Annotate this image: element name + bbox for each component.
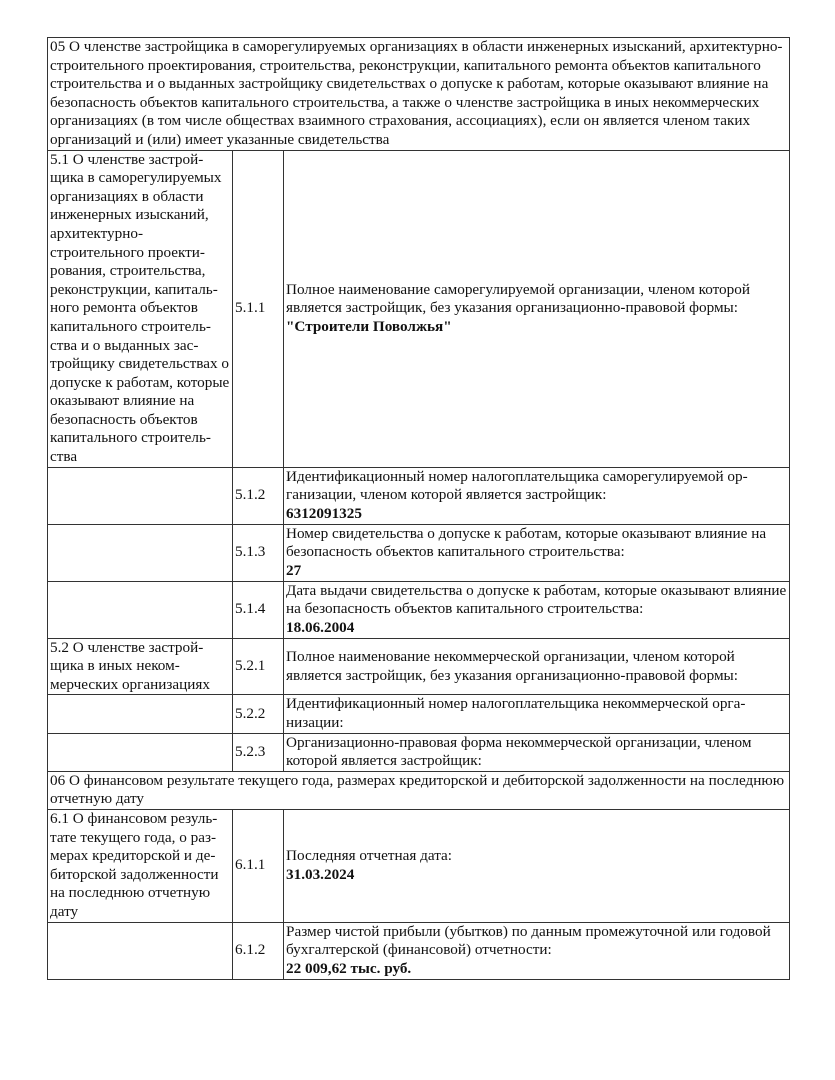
table-row: 5.1 О членстве застрой­щика в саморегули… xyxy=(48,150,790,467)
item-value: 27 xyxy=(286,562,787,581)
section-06-title: 06 О финансовом результате текущего года… xyxy=(48,771,790,809)
table-row: 5.2.3 Организационно-правовая форма неко… xyxy=(48,733,790,771)
item-description: Организационно-правовая форма некоммерче… xyxy=(284,733,790,771)
item-value: 31.03.2024 xyxy=(286,866,787,885)
empty-cell xyxy=(48,581,233,638)
item-description: Идентификационный номер налогоплательщик… xyxy=(284,467,790,524)
item-number: 6.1.2 xyxy=(233,922,284,979)
item-description: Размер чистой прибыли (убытков) по данны… xyxy=(284,922,790,979)
item-description: Номер свидетельства о допуске к работам,… xyxy=(284,524,790,581)
subsection-5-1-label: 5.1 О членстве застрой­щика в саморегули… xyxy=(48,150,233,467)
item-number: 5.2.3 xyxy=(233,733,284,771)
empty-cell xyxy=(48,524,233,581)
table-row: 6.1.2 Размер чистой прибыли (убытков) по… xyxy=(48,922,790,979)
item-description: Дата выдачи свидетельства о допуске к ра… xyxy=(284,581,790,638)
item-text: Идентификационный номер налогоплательщик… xyxy=(286,468,748,504)
disclosure-table: 05 О членстве застрой­щика в саморегулир… xyxy=(47,37,790,980)
empty-cell xyxy=(48,695,233,733)
empty-cell xyxy=(48,922,233,979)
item-value: "Строители Поволжья" xyxy=(286,318,787,337)
subsection-6-1-label: 6.1 О финансовом резуль­тате текущего го… xyxy=(48,810,233,923)
table-row: 5.2.2 Идентификационный номер налогоплат… xyxy=(48,695,790,733)
table-row: 6.1 О финансовом резуль­тате текущего го… xyxy=(48,810,790,923)
section-06-header: 06 О финансовом результате текущего года… xyxy=(48,771,790,809)
section-05-header: 05 О членстве застрой­щика в саморегулир… xyxy=(48,38,790,151)
item-number: 6.1.1 xyxy=(233,810,284,923)
section-05-title: 05 О членстве застрой­щика в саморегулир… xyxy=(48,38,790,151)
item-text: Последняя отчетная дата: xyxy=(286,847,452,864)
item-number: 5.2.2 xyxy=(233,695,284,733)
item-number: 5.1.3 xyxy=(233,524,284,581)
item-description: Идентификационный номер налогоплательщик… xyxy=(284,695,790,733)
item-text: Дата выдачи свидетельства о допуске к ра… xyxy=(286,582,786,618)
table-row: 5.1.2 Идентификационный номер налогоплат… xyxy=(48,467,790,524)
item-value: 18.06.2004 xyxy=(286,619,787,638)
subsection-5-2-label: 5.2 О членстве застрой­щика в иных неком… xyxy=(48,638,233,695)
item-description: Полное наименование некоммерческой орган… xyxy=(284,638,790,695)
item-value: 22 009,62 тыс. руб. xyxy=(286,960,787,979)
item-description: Полное наименование саморегулируемой орг… xyxy=(284,150,790,467)
empty-cell xyxy=(48,467,233,524)
item-number: 5.1.4 xyxy=(233,581,284,638)
item-description: Последняя отчетная дата: 31.03.2024 xyxy=(284,810,790,923)
item-number: 5.1.1 xyxy=(233,150,284,467)
empty-cell xyxy=(48,733,233,771)
item-text: Размер чистой прибыли (убытков) по данны… xyxy=(286,923,771,959)
item-value: 6312091325 xyxy=(286,505,787,524)
item-text: Номер свидетельства о допуске к работам,… xyxy=(286,525,766,561)
item-number: 5.2.1 xyxy=(233,638,284,695)
table-row: 5.1.4 Дата выдачи свидетельства о допуск… xyxy=(48,581,790,638)
item-text: Полное наименование саморегулируемой орг… xyxy=(286,281,750,317)
table-row: 5.2 О членстве застрой­щика в иных неком… xyxy=(48,638,790,695)
table-row: 5.1.3 Номер свидетельства о допуске к ра… xyxy=(48,524,790,581)
item-number: 5.1.2 xyxy=(233,467,284,524)
